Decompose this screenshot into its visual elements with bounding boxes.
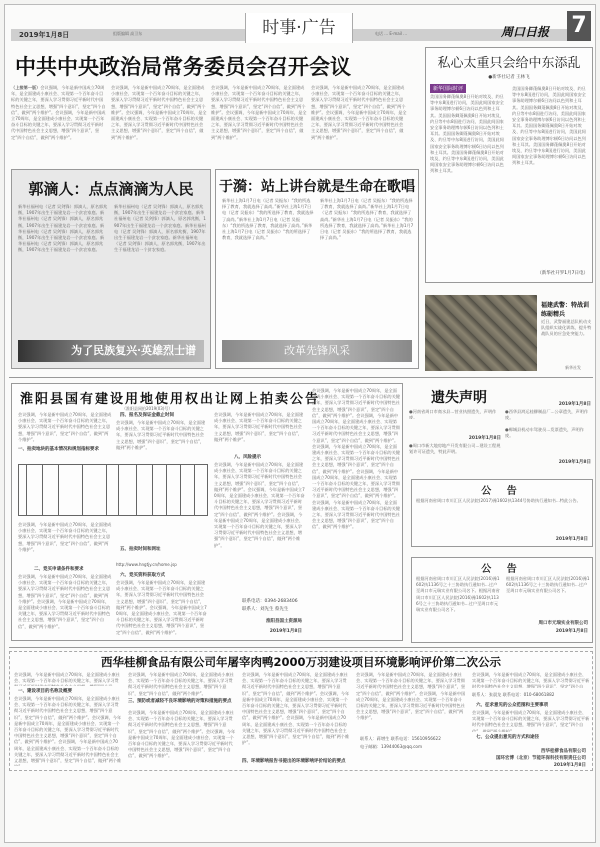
auction-section-4: 四、报名及保证金截止时间 (120, 412, 174, 418)
auction-section-6: 六、竞买资料获取方式 (120, 572, 165, 578)
eia-section-3: 三、预防或者减轻不良环境影响的对策和措施的要点 (128, 698, 236, 704)
eia-section-6: 六、征求意见的公众范围和主要事项 (476, 702, 548, 708)
divider (9, 377, 593, 378)
auction-body-col-1: 会议强调，今年是新中国成立70周年，是全面建成小康社会、实现第一个百年奋斗目标的… (18, 574, 112, 634)
auction-website-link[interactable]: http://www.hngtjy.cn/home.jsp (116, 562, 177, 567)
notice-1-date: 2019年1月8日 (556, 536, 588, 542)
reform-headline: 于漪：站上讲台就是生命在歌唱 (216, 176, 418, 196)
commentary-box: 私心太重只会给中东添乱 ●新华社记者 王林飞 新华国际时评 美国国务卿蓬佩奥8日… (425, 47, 593, 283)
notice-2-body-col-1: 根据河南省周口市川汇区人民法院(2016)豫1602执1136号之十三协助执行通… (416, 576, 500, 640)
lost-notice-date-1: 2019年1月8日 (409, 435, 501, 441)
auction-date: 2019年1月8日 (270, 628, 302, 634)
commentary-body-col-1: 美国国务卿蓬佩奥8日开始对埃及、约旦等中东8国进行访问，美国此间国家安全事务助理… (430, 94, 508, 278)
eia-body-col-1: 会议强调，今年是新中国成立70周年，是全面建成小康社会、实现第一个百年奋斗目标的… (14, 696, 122, 766)
reform-body-col-2: 新华社上海1月7日电（记者 吴振东）“我的所选择了教育，我就选择了高尚。”新华社… (320, 198, 414, 334)
auction-issuer: 淮阳县国土资源局 (266, 618, 302, 624)
auction-headline: 淮阳县国有建设用地使用权出让网上拍卖公告 (20, 388, 320, 407)
eia-intro: 会议强调，今年是新中国成立70周年，是全面建成小康社会、实现第一个百年奋斗目标的… (14, 672, 122, 686)
eia-body-col-2b: 会议强调，今年是新中国成立70周年，是全面建成小康社会、实现第一个百年奋斗目标的… (128, 710, 236, 766)
lost-notice-item-1: ●河南省周口市商水县...营业执照遗失，声明作废。 (409, 409, 501, 419)
newspaper-page: 2019年1月8日 组版编辑 高卫东 时事·广告 电话 ... E-mail .… (4, 4, 596, 843)
notice-2-box: 公 告 根据河南省周口市川汇区人民法院(2016)豫1602执1136号之十三协… (411, 557, 593, 643)
commentary-signoff: （新华社开罗1月7日电） (537, 270, 588, 276)
land-auction-box: 淮阳县国有建设用地使用权出让网上拍卖公告 （淮阳县网拍2019(03)号） 会议… (11, 383, 403, 641)
hero-headline: 郭滴人：点点滴滴为人民 (12, 178, 210, 199)
auction-phone: 联系电话：0394-2683406 (242, 598, 298, 604)
commentary-headline: 私心太重只会给中东添乱 (426, 52, 592, 71)
lost-notice-date-3: 2019年1月8日 (505, 459, 591, 465)
hero-body-col-1: 新华社福州电（记者 吴剑锋）郭滴人，原名郭兆衡，1907年出生于福建龙岩一个贫农… (18, 204, 108, 334)
soldiers-photo (425, 295, 537, 371)
lost-notice-date-2: 2019年1月8日 (505, 401, 591, 407)
auction-intro: 会议强调，今年是新中国成立70周年，是全面建成小康社会、实现第一个百年奋斗目标的… (18, 412, 112, 446)
commentary-byline: ●新华社记者 王林飞 (426, 74, 592, 80)
eia-section-7: 七、公众提出意见的方式和途径 (476, 734, 539, 740)
issue-date: 2019年1月8日 (19, 30, 69, 40)
eia-body-col-4: 会议强调，今年是新中国成立70周年，是全面建成小康社会、实现第一个百年奋斗目标的… (356, 672, 466, 732)
notice-2-issuer: 周口市元瑞实业有限公司 (539, 620, 589, 626)
auction-body-col-4: 会议强调，今年是新中国成立70周年，是全面建成小康社会、实现第一个百年奋斗目标的… (312, 388, 400, 636)
divider (9, 647, 593, 648)
eia-date: 2019年1月8日 (554, 762, 586, 768)
lead-headline: 中共中央政治局常务委员会召开会议 (15, 51, 351, 81)
auction-body-col-3a: 会议强调，今年是新中国成立70周年，是全面建成小康社会、实现第一个百年奋斗目标的… (214, 412, 306, 452)
reform-banner: 改革先锋风采 (222, 340, 412, 362)
reform-body-col-1: 新华社上海1月7日电（记者 吴振东）“我的所选择了教育，我就选择了高尚。”新华社… (222, 198, 314, 334)
lead-body-col-1: （上接第一版）会议强调，今年是新中国成立70周年，是全面建成小康社会、实现第一个… (11, 85, 107, 165)
lead-body-col-2: 会议强调，今年是新中国成立70周年，是全面建成小康社会、实现第一个百年奋斗目标的… (111, 85, 207, 165)
eia-email[interactable]: 电子邮箱：13944063@qq.com (360, 744, 422, 750)
notice-1-box: 公 告 根据河南省周口市川汇区人民法院(2017)豫1602执1344号协助执行… (411, 479, 593, 547)
hero-banner: 为了民族复兴·英雄烈士谱 (18, 340, 204, 362)
editor-credit: 组版编辑 高卫东 (113, 31, 142, 37)
reform-story-box: 于漪：站上讲台就是生命在歌唱 新华社上海1月7日电（记者 吴振东）“我的所选择了… (215, 169, 419, 369)
auction-body-col-2a: 会议强调，今年是新中国成立70周年，是全面建成小康社会、实现第一个百年奋斗目标的… (116, 420, 208, 450)
eia-body-col-5a: 会议强调，今年是新中国成立70周年，是全面建成小康社会、实现第一个百年奋斗目标的… (472, 672, 590, 688)
lost-notice-headline: 遗失声明 (431, 387, 487, 407)
commentary-tag: 新华国际时评 (430, 84, 466, 93)
notice-2-headline: 公 告 (412, 560, 592, 575)
eia-section-1: 一、建设项目的名称及概要 (18, 688, 72, 694)
eia-company-1: 西华桂柳食品有限公司 (541, 748, 586, 754)
notice-2-date: 2019年1月8日 (556, 628, 588, 634)
eia-company-2: 国环宏博（北京）节能环保科技有限责任公司 (496, 755, 586, 761)
auction-section-8: 八、风险提示 (234, 454, 261, 460)
auction-contact: 联系人：刘先生 蔡先生 (242, 606, 288, 612)
auction-section-2: 二、竞买申请条件和要求 (34, 566, 84, 572)
notice-1-headline: 公 告 (412, 482, 592, 497)
eia-body-col-5b: 会议强调，今年是新中国成立70周年，是全面建成小康社会、实现第一个百年奋斗目标的… (472, 710, 590, 732)
lost-notice-item-3: ●西华县鸿运桂柳制品厂...公章遗失，声明作废。 (505, 409, 591, 421)
hero-body-col-2: 新华社福州电（记者 吴剑锋）郭滴人，原名郭兆衡，1907年出生于福建龙岩一个贫农… (114, 204, 206, 334)
photo-headline: 福建武警：特战训练砺精兵 (541, 300, 593, 318)
commentary-body-col-2: 美国国务卿蓬佩奥8日开始对埃及、约旦等中东8国进行访问，美国此间国家安全事务助理… (512, 86, 590, 268)
land-plot-table (18, 464, 208, 516)
contact-info: 电话 ... E-mail ... (375, 31, 407, 37)
auction-notes: 会议强调，今年是新中国成立70周年，是全面建成小康社会、实现第一个百年奋斗目标的… (18, 522, 112, 562)
notice-2-body-col-2: 根据河南省周口市川汇区人民法院(2016)豫1602执1136号之十三协助执行通… (506, 576, 590, 616)
eia-section-4: 四、环境影响报告书提出的环境影响评价结论的要点 (242, 758, 350, 764)
lost-notice-item-2: ●周口市新大地房地产开发有限公司...建设工程规划许可证遗失，特此声明。 (409, 443, 501, 467)
auction-section-1: 一、拍卖地块的基本情况和规划指标要求 (18, 446, 99, 452)
notice-1-body: 根据河南省周口市川汇区人民法院(2017)豫1602执1344号协助执行通知书.… (416, 498, 590, 528)
lead-body-col-3: 会议强调，今年是新中国成立70周年，是全面建成小康社会、实现第一个百年奋斗目标的… (211, 85, 307, 165)
photo-credit: 新华社发 (565, 365, 581, 371)
eia-body-col-3: 会议强调，今年是新中国成立70周年，是全面建成小康社会、实现第一个百年奋斗目标的… (242, 672, 350, 756)
eia-notice-box: 西华桂柳食品有限公司年屠宰肉鸭2000万羽建设项目环境影响评价第二次公示 会议强… (9, 651, 593, 771)
auction-body-col-2b: 会议强调，今年是新中国成立70周年，是全面建成小康社会、实现第一个百年奋斗目标的… (116, 580, 208, 636)
lead-body-col-4: 会议强调，今年是新中国成立70周年，是全面建成小康社会、实现第一个百年奋斗目标的… (311, 85, 407, 165)
eia-headline: 西华桂柳食品有限公司年屠宰肉鸭2000万羽建设项目环境影响评价第二次公示 (10, 654, 592, 670)
continued-marker: （上接第一版） (11, 85, 40, 90)
newspaper-logo: 周口日报 (501, 23, 549, 40)
photo-caption: 近日，武警福建总队机动支队组织实战化训练，提升特战队员的应急处突能力。 (541, 319, 593, 363)
eia-contact-person: 联系人：蒋增生 联系电话：15610956622 (360, 736, 441, 742)
eia-body-col-2a: 会议强调，今年是新中国成立70周年，是全面建成小康社会、实现第一个百年奋斗目标的… (128, 672, 236, 696)
eia-contact-2: 联系人：张晨龙 联系电话：010-68061882 (472, 692, 554, 698)
lost-notice-item-4: ●郸城县机动车驾驶员...发票遗失，声明作废。 (505, 427, 591, 457)
page-number: 7 (567, 11, 591, 41)
section-title: 时事·广告 (245, 13, 353, 43)
auction-section-5: 五、拍卖时间和网址 (120, 546, 161, 552)
hero-story-box: 郭滴人：点点滴滴为人民 新华社福州电（记者 吴剑锋）郭滴人，原名郭兆衡，1907… (11, 169, 211, 369)
auction-body-col-3b: 会议强调，今年是新中国成立70周年，是全面建成小康社会、实现第一个百年奋斗目标的… (214, 462, 306, 580)
